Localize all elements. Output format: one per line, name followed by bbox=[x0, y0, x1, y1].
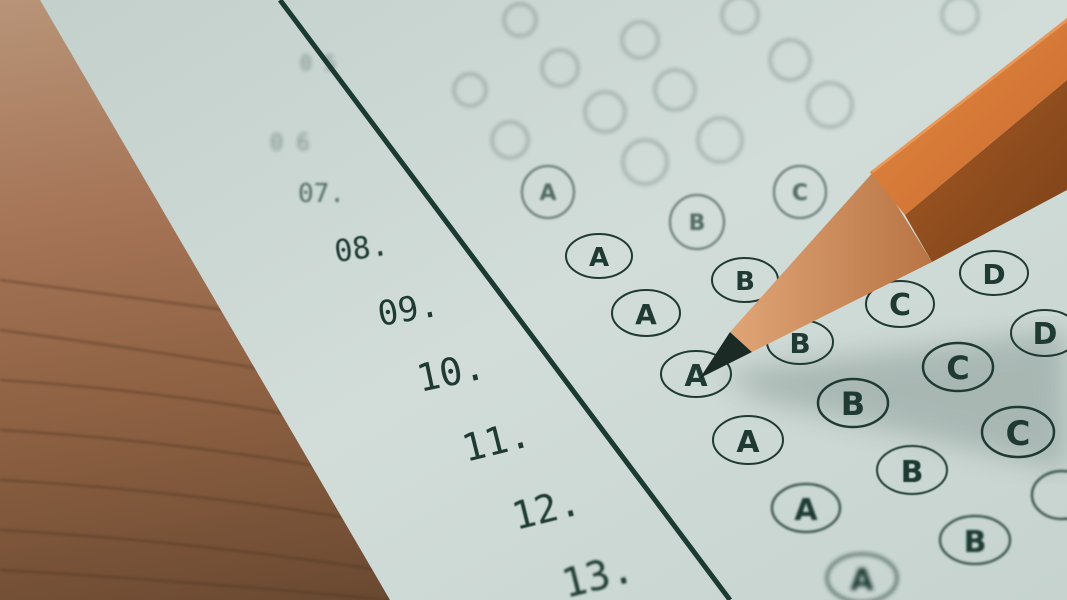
photo-canvas: 0 5 0 6 A B C 07. 08. 09. 10. 11. 12. 13… bbox=[0, 0, 1067, 600]
svg-text:C: C bbox=[792, 181, 808, 206]
svg-text:B: B bbox=[789, 327, 810, 360]
svg-text:A: A bbox=[589, 243, 609, 273]
svg-text:C: C bbox=[946, 349, 969, 387]
svg-text:0 5: 0 5 bbox=[300, 51, 336, 75]
svg-text:07.: 07. bbox=[298, 179, 345, 209]
svg-text:A: A bbox=[736, 425, 760, 460]
svg-text:A: A bbox=[850, 563, 874, 598]
svg-text:B: B bbox=[735, 267, 755, 297]
svg-text:A: A bbox=[684, 359, 708, 394]
svg-text:D: D bbox=[1033, 317, 1058, 352]
svg-text:A: A bbox=[539, 181, 556, 206]
answer-sheet-photo: 0 5 0 6 A B C 07. 08. 09. 10. 11. 12. 13… bbox=[0, 0, 1067, 600]
svg-text:B: B bbox=[901, 455, 924, 490]
svg-text:D: D bbox=[982, 258, 1005, 291]
svg-text:A: A bbox=[635, 298, 657, 331]
svg-text:C: C bbox=[1006, 414, 1031, 454]
question-08: 08. bbox=[332, 228, 391, 270]
svg-text:B: B bbox=[689, 211, 706, 236]
svg-text:B: B bbox=[841, 385, 865, 423]
svg-text:0 6: 0 6 bbox=[270, 131, 310, 156]
svg-text:B: B bbox=[964, 525, 987, 560]
svg-text:A: A bbox=[794, 493, 818, 528]
svg-text:C: C bbox=[889, 288, 911, 323]
